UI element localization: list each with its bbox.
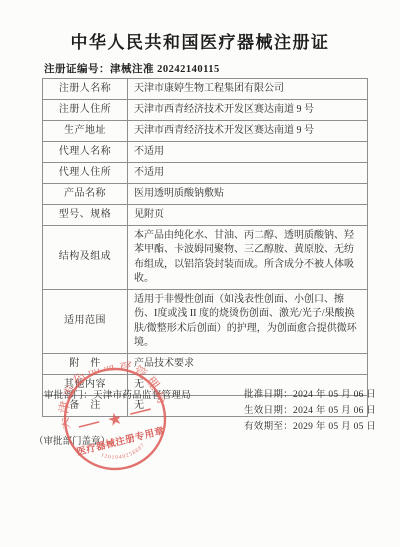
row-label: 代理人名称: [43, 142, 128, 163]
approval-department-line: 审批部门：天津市药品监督管理局: [44, 387, 191, 401]
approval-department-label: 审批部门：: [44, 391, 93, 401]
row-label: 注册人名称: [43, 79, 128, 100]
row-value: 不适用: [128, 142, 368, 163]
table-row: 代理人住所 不适用: [43, 163, 368, 184]
row-value: 见附页: [128, 205, 368, 226]
certificate-table: 注册人名称 天津市康婷生物工程集团有限公司 注册人住所 天津市西青经济技术开发区…: [42, 78, 368, 417]
cert-number-line: 注册证编号：津械注准 20242140115: [44, 61, 220, 76]
row-value: 不适用: [128, 163, 368, 184]
table-row: 代理人名称 不适用: [43, 142, 368, 163]
table-row: 注册人名称 天津市康婷生物工程集团有限公司: [43, 79, 368, 100]
approval-date-label: 批准日期：: [244, 390, 293, 400]
row-label: 型号、规格: [43, 205, 128, 226]
date-block: 批准日期：2024 年 05 月 06 日 生效日期：2024 年 05 月 0…: [244, 387, 376, 435]
row-label: 注册人住所: [43, 100, 128, 121]
table-row: 生产地址 天津市西青经济技术开发区赛达南道 9 号: [43, 121, 368, 142]
table-row: 产品名称 医用透明质酸钠敷贴: [43, 184, 368, 205]
table-row: 结构及组成 本产品由纯化水、甘油、丙二醇、透明质酸钠、羟苯甲酯、卡波姆同聚物、三…: [43, 226, 368, 290]
effective-date-label: 生效日期：: [244, 406, 293, 416]
table-row: 注册人住所 天津市西青经济技术开发区赛达南道 9 号: [43, 100, 368, 121]
row-label: 产品名称: [43, 184, 128, 205]
effective-date-line: 生效日期：2024 年 05 月 06 日: [244, 403, 376, 419]
row-value: 天津市西青经济技术开发区赛达南道 9 号: [128, 100, 368, 121]
row-label: 生产地址: [43, 121, 128, 142]
approval-department-value: 天津市药品监督管理局: [93, 391, 191, 401]
approval-date-line: 批准日期：2024 年 05 月 06 日: [244, 387, 376, 403]
expiry-date-line: 有效期至：2029 年 05 月 05 日: [244, 419, 376, 435]
row-value: 产品技术要求: [128, 354, 368, 375]
row-value: 医用透明质酸钠敷贴: [128, 184, 368, 205]
expiry-date-label: 有效期至：: [244, 422, 293, 432]
row-value: 本产品由纯化水、甘油、丙二醇、透明质酸钠、羟苯甲酯、卡波姆同聚物、三乙醇胺、黄原…: [128, 226, 368, 290]
row-label: 结构及组成: [43, 226, 128, 290]
cert-number-value: 津械注准 20242140115: [110, 64, 220, 75]
row-label: 附 件: [43, 354, 128, 375]
effective-date-value: 2024 年 05 月 06 日: [293, 406, 376, 416]
row-label: 适用范围: [43, 290, 128, 354]
approval-date-value: 2024 年 05 月 06 日: [293, 390, 376, 400]
table-row: 附 件 产品技术要求: [43, 354, 368, 375]
stamp-placement-note: （审批部门盖章）: [34, 433, 110, 447]
row-value: 天津市康婷生物工程集团有限公司: [128, 79, 368, 100]
row-value: 适用于非慢性创面（如浅表性创面、小创口、擦伤、I度或浅 II 度的烧烫伤创面、激…: [128, 290, 368, 354]
certificate-page: 中华人民共和国医疗器械注册证 注册证编号：津械注准 20242140115 注册…: [0, 0, 400, 547]
table-row: 型号、规格 见附页: [43, 205, 368, 226]
row-label: 代理人住所: [43, 163, 128, 184]
table-row: 适用范围 适用于非慢性创面（如浅表性创面、小创口、擦伤、I度或浅 II 度的烧烫…: [43, 290, 368, 354]
expiry-date-value: 2029 年 05 月 05 日: [293, 422, 376, 432]
cert-number-label: 注册证编号：: [44, 64, 110, 75]
row-value: 天津市西青经济技术开发区赛达南道 9 号: [128, 121, 368, 142]
document-title: 中华人民共和国医疗器械注册证: [0, 28, 400, 53]
